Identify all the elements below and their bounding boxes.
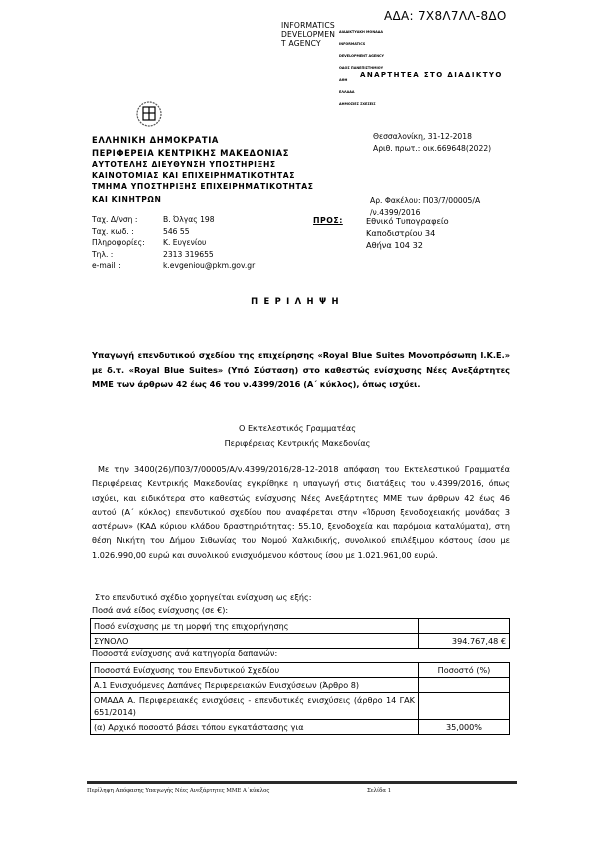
footer-divider <box>87 781 517 784</box>
table-cell-value <box>419 678 510 693</box>
contact-address: Ταχ. Δ/νση :Β. Όλγας 198 <box>92 214 255 226</box>
table-cell-label: ΣΥΝΟΛΟ <box>91 634 419 649</box>
contact-value: Κ. Ευγενίου <box>163 237 206 249</box>
place-date: Θεσσαλονίκη, 31-12-2018 <box>373 131 491 143</box>
posting-notice: ΑΝΑΡΤΗΤΕΑ ΣΤΟ ΔΙΑΔΙΚΤΥΟ <box>360 71 503 79</box>
amounts-label: Ποσά ανά είδος ενίσχυσης (σε €): <box>92 605 228 615</box>
contact-value: Β. Όλγας 198 <box>163 214 215 226</box>
table-cell-label: Ποσό ενίσχυσης με τη μορφή της επιχορήγη… <box>91 619 419 634</box>
document-subject: Υπαγωγή επενδυτικού σχεδίου της επιχείρη… <box>92 348 510 392</box>
contact-info: Πληροφορίες:Κ. Ευγενίου <box>92 237 255 249</box>
contact-value: 2313 319655 <box>163 249 214 261</box>
table-cell-value: 35,000% <box>419 720 510 735</box>
recipient-line: Εθνικό Τυπογραφείο <box>366 215 449 227</box>
table-cell-label: (α) Αρχικό ποσοστό βάσει τόπου εγκατάστα… <box>91 720 419 735</box>
contact-label: Ταχ. Δ/νση : <box>92 214 163 226</box>
recipient-line: Αθήνα 104 32 <box>366 239 449 251</box>
to-label: ΠΡΟΣ: <box>313 216 343 225</box>
org-line: ΚΑΙ ΚΙΝΗΤΡΩΝ <box>92 194 314 207</box>
document-title: ΠΕΡΙΛΗΨΗ <box>0 296 595 306</box>
ida-small-line: ΕΛΛΑΔΑ <box>339 90 384 94</box>
contact-label: Τηλ. : <box>92 249 163 261</box>
document-body: Με την 3400(26)/Π03/7/00005/Α/ν.4399/201… <box>92 462 510 562</box>
amounts-table: Ποσό ενίσχυσης με τη μορφή της επιχορήγη… <box>90 618 510 649</box>
signer-line: Περιφέρειας Κεντρικής Μακεδονίας <box>0 436 595 451</box>
contact-label: Ταχ. κωδ. : <box>92 226 163 238</box>
table-row: Α.1 Ενισχυόμενες Δαπάνες Περιφερειακών Ε… <box>91 678 510 693</box>
footer-text: Περίληψη Απόφασης Υπαγωγής Νέες Ανεξάρτη… <box>87 788 269 794</box>
body-paragraph: Με την 3400(26)/Π03/7/00005/Α/ν.4399/201… <box>92 462 510 562</box>
percentages-table: Ποσοστά Ενίσχυσης του Επενδυτικού Σχεδίο… <box>90 662 510 735</box>
page-number: Σελίδα 1 <box>367 788 391 794</box>
ida-small-line: ΟΔΟΣ ΠΑΝΕΠΙΣΤΗΜΙΟΥ <box>339 66 384 70</box>
ida-small-line: ΔΙΑΔΙΚΤΥΑΚΗ ΜΟΝΑΔΑ <box>339 30 384 34</box>
contact-phone: Τηλ. :2313 319655 <box>92 249 255 261</box>
org-line: ΕΛΛΗΝΙΚΗ ΔΗΜΟΚΡΑΤΙΑ <box>92 134 314 147</box>
contact-label: Πληροφορίες: <box>92 237 163 249</box>
contact-postcode: Ταχ. κωδ. :546 55 <box>92 226 255 238</box>
ida-small-line: DEVELOPMENT AGENCY <box>339 54 384 58</box>
table-header-row: Ποσοστά Ενίσχυσης του Επενδυτικού Σχεδίο… <box>91 663 510 678</box>
signer-line: Ο Εκτελεστικός Γραμματέας <box>0 421 595 436</box>
email-link[interactable]: k.evgeniou@pkm.gov.gr <box>163 260 255 272</box>
table-row: Ποσό ενίσχυσης με τη μορφή της επιχορήγη… <box>91 619 510 634</box>
table-header-cell: Ποσοστό (%) <box>419 663 510 678</box>
greek-emblem-icon <box>135 100 163 128</box>
org-line: ΠΕΡΙΦΕΡΕΙΑ ΚΕΝΤΡΙΚΗΣ ΜΑΚΕΔΟΝΙΑΣ <box>92 147 314 160</box>
categories-label: Ποσοστά ενίσχυσης ανά κατηγορία δαπανών: <box>92 648 277 658</box>
table-cell-value <box>419 693 510 720</box>
org-line: ΚΑΙΝΟΤΟΜΙΑΣ ΚΑΙ ΕΠΙΧΕΙΡΗΜΑΤΙΚΟΤΗΤΑΣ <box>92 170 314 181</box>
sender-contacts: Ταχ. Δ/νση :Β. Όλγας 198 Ταχ. κωδ. :546 … <box>92 214 255 272</box>
table-row: ΟΜΑΔΑ Α. Περιφερειακές ενισχύσεις - επεν… <box>91 693 510 720</box>
file-number-line: Αρ. Φακέλου: Π03/7/00005/Α <box>370 195 480 207</box>
ida-logo-text: INFORMATICS DEVELOPMEN T AGENCY <box>281 21 335 48</box>
aid-intro: Στο επενδυτικό σχέδιο χορηγείται ενίσχυσ… <box>95 591 311 604</box>
table-row: (α) Αρχικό ποσοστό βάσει τόπου εγκατάστα… <box>91 720 510 735</box>
recipient-address: Εθνικό Τυπογραφείο Καποδιστρίου 34 Αθήνα… <box>366 215 449 251</box>
table-cell-label: Α.1 Ενισχυόμενες Δαπάνες Περιφερειακών Ε… <box>91 678 419 693</box>
org-line: ΑΥΤΟΤΕΛΗΣ ΔΙΕΥΘΥΝΣΗ ΥΠΟΣΤΗΡΙΞΗΣ <box>92 159 314 170</box>
table-cell-value <box>419 619 510 634</box>
ida-line: INFORMATICS <box>281 21 335 30</box>
recipient-line: Καποδιστρίου 34 <box>366 227 449 239</box>
ida-logo-small: ΔΙΑΔΙΚΤΥΑΚΗ ΜΟΝΑΔΑ INFORMATICS DEVELOPME… <box>339 22 384 110</box>
org-line: ΤΜΗΜΑ ΥΠΟΣΤΗΡΙΞΗΣ ΕΠΙΧΕΙΡΗΜΑΤΙΚΟΤΗΤΑΣ <box>92 181 314 194</box>
signer-title: Ο Εκτελεστικός Γραμματέας Περιφέρειας Κε… <box>0 421 595 450</box>
protocol-number: Αριθ. πρωτ.: οικ.669648(2022) <box>373 143 491 155</box>
sender-organization: ΕΛΛΗΝΙΚΗ ΔΗΜΟΚΡΑΤΙΑ ΠΕΡΙΦΕΡΕΙΑ ΚΕΝΤΡΙΚΗΣ… <box>92 134 314 206</box>
ida-small-line: INFORMATICS <box>339 42 384 46</box>
contact-email: e-mail :k.evgeniou@pkm.gov.gr <box>92 260 255 272</box>
date-protocol: Θεσσαλονίκη, 31-12-2018 Αριθ. πρωτ.: οικ… <box>373 131 491 154</box>
table-cell-label: ΟΜΑΔΑ Α. Περιφερειακές ενισχύσεις - επεν… <box>91 693 419 720</box>
ida-line: DEVELOPMEN <box>281 30 335 39</box>
table-row: ΣΥΝΟΛΟ 394.767,48 € <box>91 634 510 649</box>
ada-code: ΑΔΑ: 7Χ8Λ7ΛΛ-8ΔΟ <box>384 9 507 23</box>
table-cell-value: 394.767,48 € <box>419 634 510 649</box>
contact-label: e-mail : <box>92 260 163 272</box>
contact-value: 546 55 <box>163 226 190 238</box>
ida-small-line: ΔΗΜΟΣΙΕΣ ΣΧΕΣΕΙΣ <box>339 102 384 106</box>
table-header-cell: Ποσοστά Ενίσχυσης του Επενδυτικού Σχεδίο… <box>91 663 419 678</box>
ida-line: T AGENCY <box>281 39 335 48</box>
